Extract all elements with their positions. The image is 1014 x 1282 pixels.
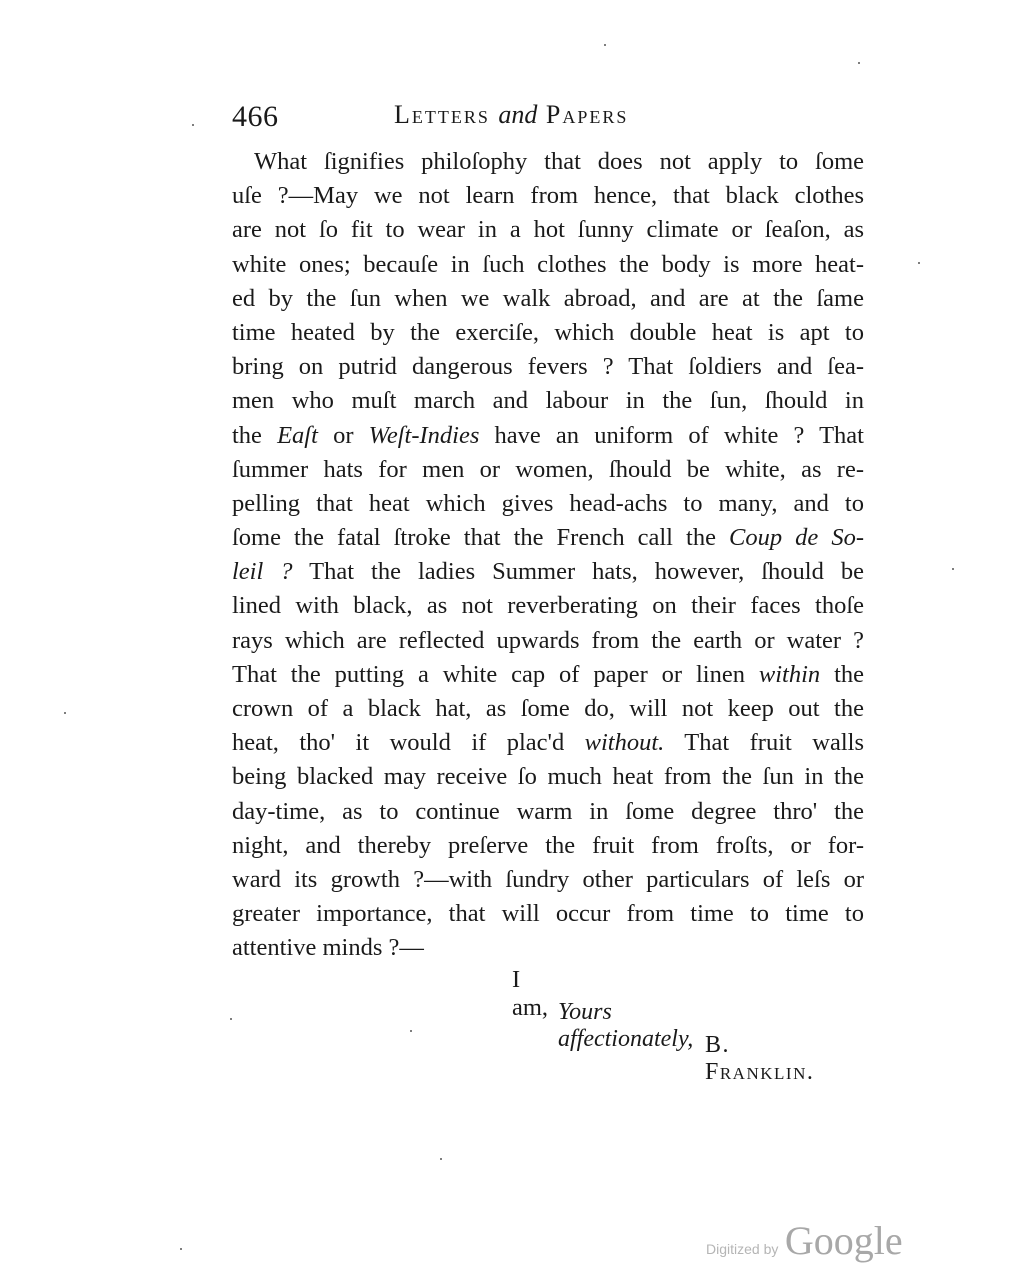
text-line: time heated by the exerciſe, which doubl… — [232, 316, 864, 350]
text-line: ed by the ſun when we walk abroad, and a… — [232, 282, 864, 316]
text-segment: That the putting a white cap of paper or… — [232, 661, 759, 688]
text-segment: have an uniform of white ? That — [479, 422, 864, 449]
text-line: night, and thereby preſerve the fruit fr… — [232, 829, 864, 863]
text-line: are not ſo fit to wear in a hot ſunny cl… — [232, 213, 864, 247]
italic-leil: leil ? — [232, 558, 293, 585]
running-head: Letters and Papers — [394, 100, 628, 130]
text-line: That the putting a white cap of paper or… — [232, 658, 864, 692]
running-head-letters: Letters — [394, 100, 490, 129]
running-head-and: and — [498, 100, 537, 129]
page-header: 466 Letters and Papers — [232, 100, 872, 140]
text-line: day-time, as to continue warm in ſome de… — [232, 795, 864, 829]
page-number: 466 — [232, 100, 279, 134]
scan-speck — [410, 1030, 412, 1032]
scan-speck — [440, 1158, 442, 1160]
text-segment: the — [820, 661, 864, 688]
digitized-by-google-watermark: Digitized by Google — [706, 1217, 903, 1264]
text-segment: or — [318, 422, 369, 449]
text-line: ward its growth ?—with ſundry other part… — [232, 863, 864, 897]
text-line: rays which are reflected upwards from th… — [232, 624, 864, 658]
scan-speck — [180, 1248, 182, 1250]
italic-west-indies: Weſt-Indies — [369, 422, 480, 449]
text-line: What ſignifies philoſophy that does not … — [232, 145, 864, 179]
text-segment: ſome the fatal ſtroke that the French ca… — [232, 524, 729, 551]
text-line: uſe ?—May we not learn from hence, that … — [232, 179, 864, 213]
text-line: greater importance, that will occur from… — [232, 897, 864, 931]
text-line: men who muſt march and labour in the ſun… — [232, 384, 864, 418]
text-line: heat, tho' it would if plac'd without. T… — [232, 726, 864, 760]
closing-valediction: Yours affectionately, — [558, 999, 693, 1053]
text-line: being blacked may receive ſo much heat f… — [232, 760, 864, 794]
italic-within: within — [759, 661, 820, 688]
italic-east: Eaſt — [277, 422, 318, 449]
italic-without: without. — [585, 729, 665, 756]
text-segment: That fruit walls — [664, 729, 864, 756]
text-line: leil ? That the ladies Summer hats, howe… — [232, 555, 864, 589]
google-logo: Google — [785, 1218, 903, 1263]
running-head-papers: Papers — [546, 100, 628, 129]
text-segment: That the ladies Summer hats, however, ſh… — [293, 558, 864, 585]
text-line: lined with black, as not reverberating o… — [232, 589, 864, 623]
text-line: pelling that heat which gives head-achs … — [232, 487, 864, 521]
scanned-book-page: 466 Letters and Papers What ſignifies ph… — [0, 0, 1014, 1282]
scan-speck — [918, 262, 920, 264]
text-line: crown of a black hat, as ſome do, will n… — [232, 692, 864, 726]
text-line: ſummer hats for men or women, ſhould be … — [232, 453, 864, 487]
text-line: attentive minds ?— — [232, 931, 864, 965]
scan-speck — [604, 44, 606, 46]
scan-speck — [192, 124, 194, 126]
text-line: bring on putrid dangerous fevers ? That … — [232, 350, 864, 384]
text-line: ſome the fatal ſtroke that the French ca… — [232, 521, 864, 555]
scan-speck — [952, 568, 954, 570]
scan-speck — [858, 62, 860, 64]
text-line: white ones; becauſe in ſuch clothes the … — [232, 248, 864, 282]
watermark-prefix: Digitized by — [706, 1241, 778, 1257]
italic-coup-de-soleil: Coup de So- — [729, 524, 864, 551]
signature: B. Franklin. — [705, 1032, 814, 1086]
closing-i-am: I am, — [512, 966, 548, 1022]
scan-speck — [230, 1018, 232, 1020]
body-paragraph: What ſignifies philoſophy that does not … — [232, 145, 864, 966]
text-segment: the — [232, 422, 277, 449]
text-line: the Eaſt or Weſt-Indies have an uniform … — [232, 419, 864, 453]
text-segment: heat, tho' it would if plac'd — [232, 729, 585, 756]
scan-speck — [64, 712, 66, 714]
